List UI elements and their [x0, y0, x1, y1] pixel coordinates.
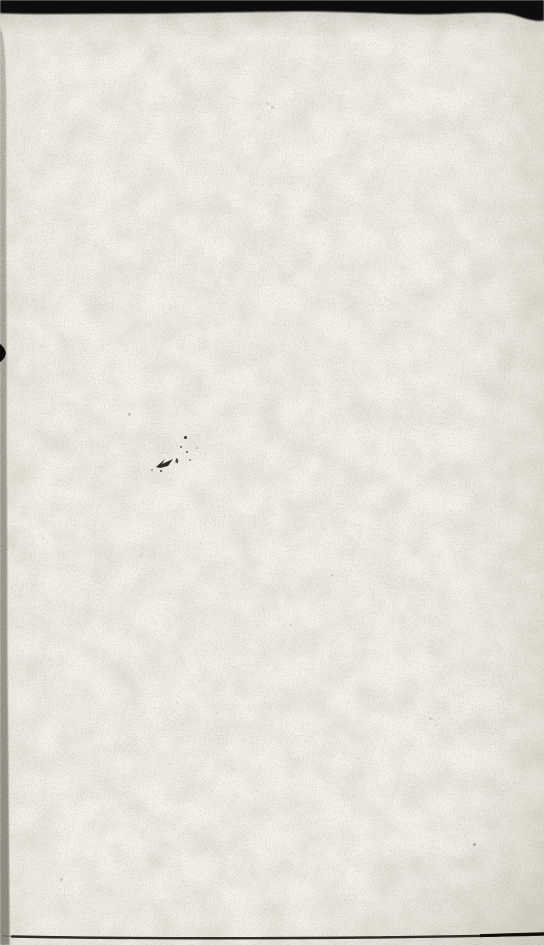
paper-speck: [271, 106, 274, 109]
paper-speck: [42, 538, 44, 540]
paper-speck: [269, 112, 271, 114]
paper-speck: [262, 108, 264, 110]
paper-speck: [290, 624, 292, 626]
paper-speck: [128, 413, 131, 416]
paper-speck: [180, 446, 182, 448]
paper-speck: [151, 469, 153, 471]
paper-speck: [350, 306, 352, 308]
page-edge-left-notch: [0, 344, 6, 362]
paper-speck: [331, 574, 333, 576]
scanned-page: [0, 0, 544, 945]
paper-speck: [436, 724, 438, 726]
ink-smudge-stroke: [156, 459, 173, 468]
paper-speck: [266, 102, 269, 105]
paper-speck: [196, 447, 198, 449]
paper-speck: [95, 245, 97, 247]
scan-edge-bottom-line-fade: [3, 936, 13, 937]
paper-speck: [358, 758, 360, 760]
ink-smudge-curl: [175, 458, 178, 464]
paper-speck: [258, 104, 260, 106]
paper-speck: [189, 459, 191, 461]
paper-speck: [236, 167, 238, 169]
page-edge-left-mottle: [0, 0, 12, 945]
paper-speck: [176, 701, 178, 703]
bottom-right-shading: [324, 795, 544, 945]
paper-speck: [139, 554, 142, 557]
paper-speck: [255, 790, 257, 792]
paper-speck: [205, 848, 207, 850]
paper-speck: [160, 470, 162, 472]
page-edge-left-shape: [0, 26, 10, 945]
paper-speck: [450, 510, 452, 512]
paper-speck: [60, 878, 63, 881]
paper-speck: [429, 717, 432, 720]
paper-speck: [186, 451, 188, 453]
paper-speck: [184, 436, 187, 439]
